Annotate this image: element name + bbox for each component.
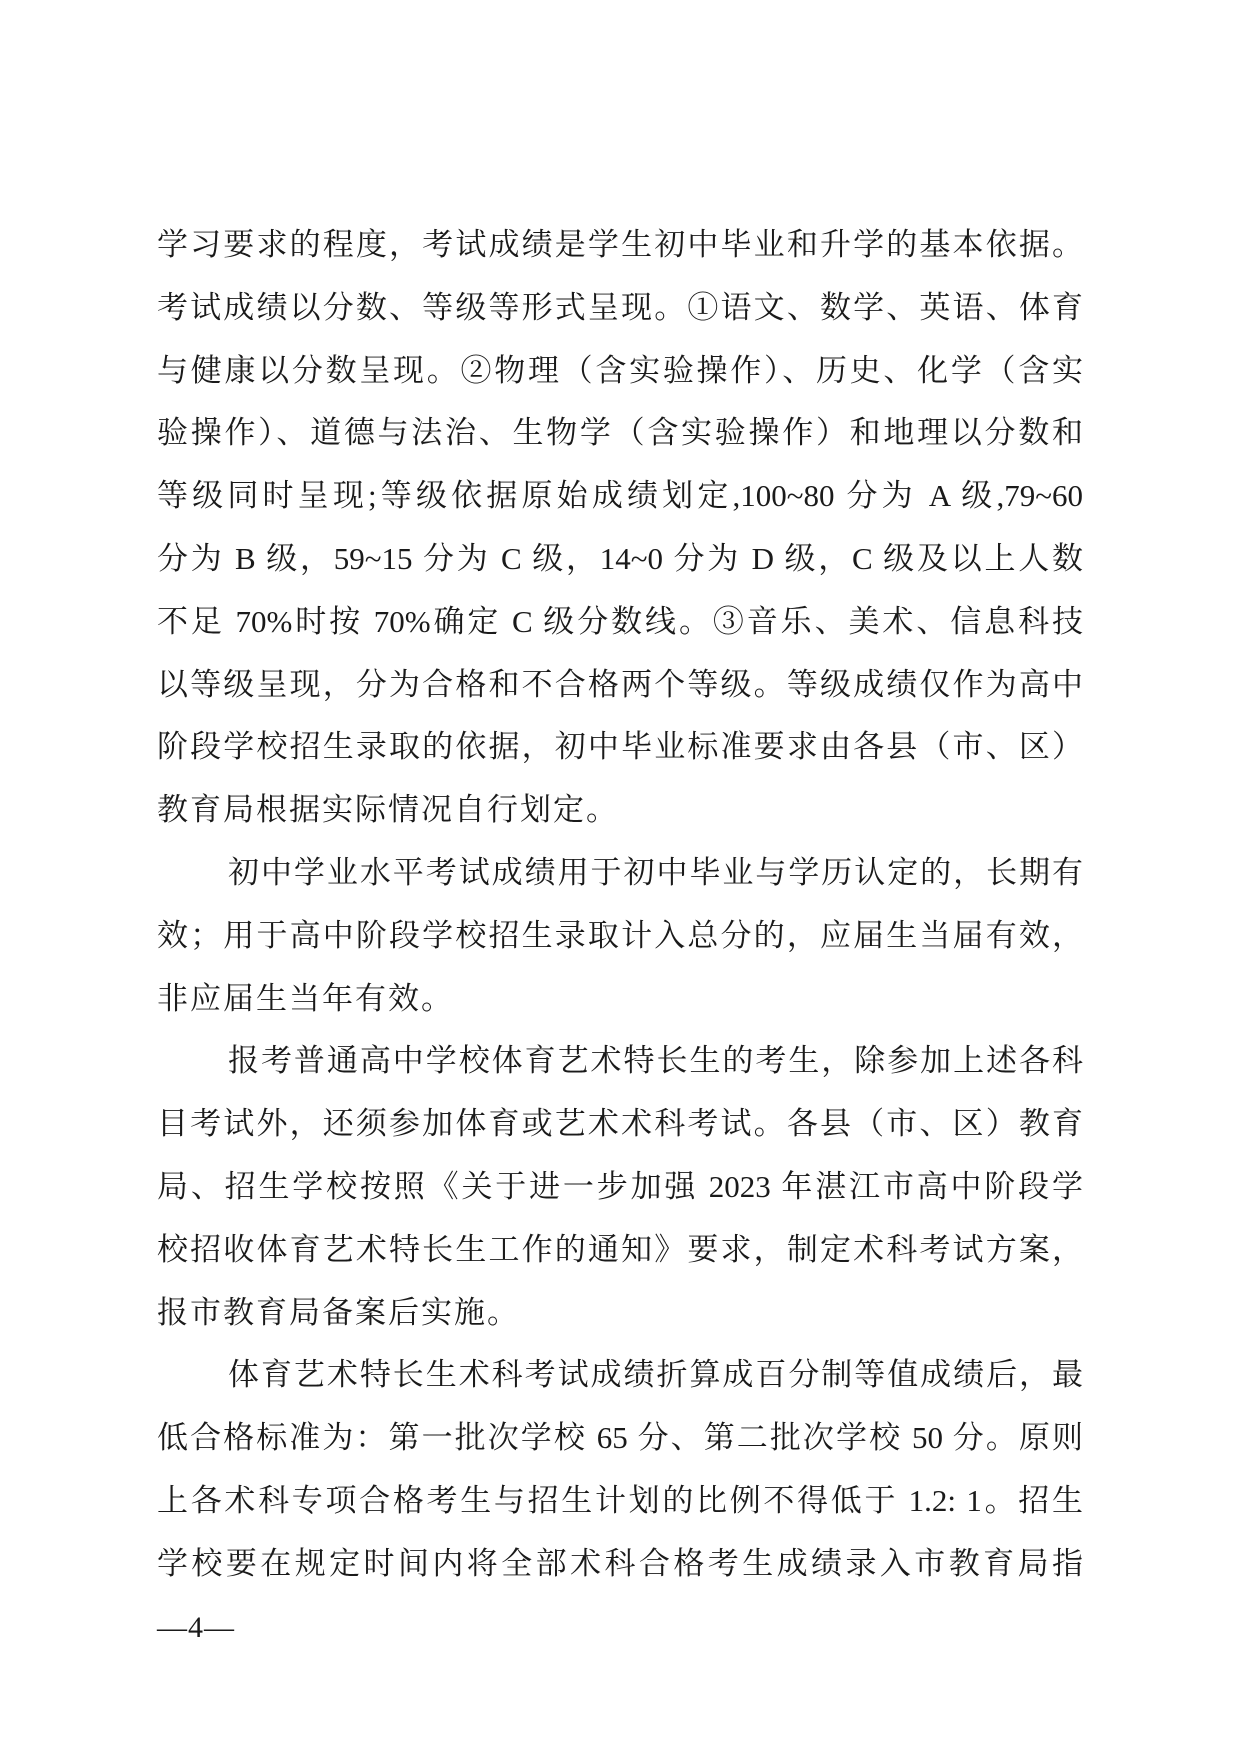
text-line: 效；用于高中阶段学校招生录取计入总分的，应届生当届有效， bbox=[157, 905, 1083, 968]
text-line: 学校要在规定时间内将全部术科合格考生成绩录入市教育局指 bbox=[157, 1533, 1083, 1596]
text-line: 初中学业水平考试成绩用于初中毕业与学历认定的，长期有 bbox=[157, 842, 1083, 905]
page-footer: —4— bbox=[157, 1603, 235, 1653]
text-line: 教育局根据实际情况自行划定。 bbox=[157, 779, 1083, 842]
text-line: 报考普通高中学校体育艺术特长生的考生，除参加上述各科 bbox=[157, 1030, 1083, 1093]
text-line: 目考试外，还须参加体育或艺术术科考试。各县（市、区）教育 bbox=[157, 1093, 1083, 1156]
text-line: 与健康以分数呈现。②物理（含实验操作）、历史、化学（含实 bbox=[157, 340, 1083, 403]
page-number: —4— bbox=[157, 1611, 235, 1644]
text-line: 报市教育局备案后实施。 bbox=[157, 1282, 1083, 1345]
text-line: 局、招生学校按照《关于进一步加强 2023 年湛江市高中阶段学 bbox=[157, 1156, 1083, 1219]
document-body: 学习要求的程度，考试成绩是学生初中毕业和升学的基本依据。考试成绩以分数、等级等形… bbox=[157, 214, 1083, 1596]
text-line: 分为 B 级，59~15 分为 C 级，14~0 分为 D 级，C 级及以上人数 bbox=[157, 528, 1083, 591]
text-line: 体育艺术特长生术科考试成绩折算成百分制等值成绩后，最 bbox=[157, 1344, 1083, 1407]
text-line: 上各术科专项合格考生与招生计划的比例不得低于 1.2: 1。招生 bbox=[157, 1470, 1083, 1533]
text-line: 校招收体育艺术特长生工作的通知》要求，制定术科考试方案， bbox=[157, 1219, 1083, 1282]
text-line: 低合格标准为：第一批次学校 65 分、第二批次学校 50 分。原则 bbox=[157, 1407, 1083, 1470]
text-line: 不足 70%时按 70%确定 C 级分数线。③音乐、美术、信息科技 bbox=[157, 591, 1083, 654]
text-line: 学习要求的程度，考试成绩是学生初中毕业和升学的基本依据。 bbox=[157, 214, 1083, 277]
text-line: 以等级呈现，分为合格和不合格两个等级。等级成绩仅作为高中 bbox=[157, 654, 1083, 717]
text-line: 等级同时呈现;等级依据原始成绩划定,100~80 分为 A 级,79~60 bbox=[157, 465, 1083, 528]
text-line: 考试成绩以分数、等级等形式呈现。①语文、数学、英语、体育 bbox=[157, 277, 1083, 340]
text-line: 非应届生当年有效。 bbox=[157, 968, 1083, 1031]
document-page: 学习要求的程度，考试成绩是学生初中毕业和升学的基本依据。考试成绩以分数、等级等形… bbox=[0, 0, 1240, 1754]
text-line: 验操作）、道德与法治、生物学（含实验操作）和地理以分数和 bbox=[157, 402, 1083, 465]
text-line: 阶段学校招生录取的依据，初中毕业标准要求由各县（市、区） bbox=[157, 716, 1083, 779]
